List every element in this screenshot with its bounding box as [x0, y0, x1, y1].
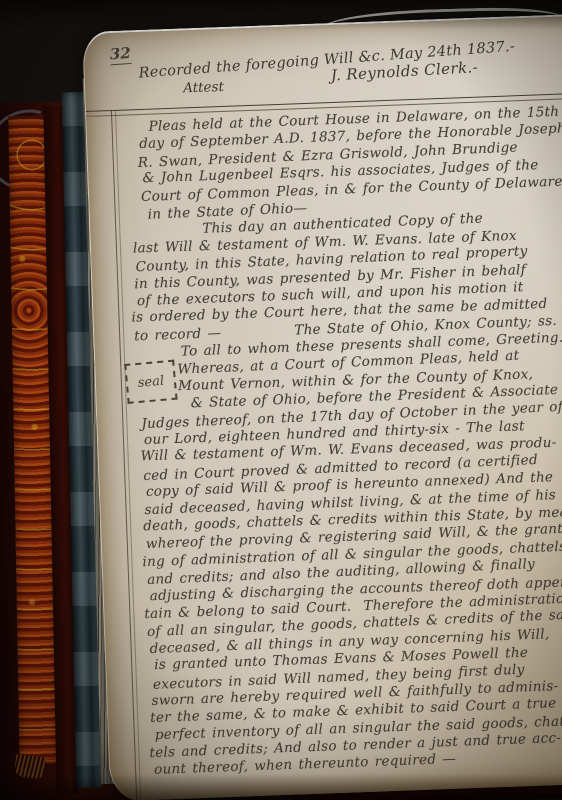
manuscript-body: Pleas held at the Court House in Delawar… — [86, 101, 562, 781]
page-number: 32 — [109, 44, 131, 65]
manuscript-page: 32 Recorded the foregoing Will &c. May 2… — [82, 13, 562, 800]
cover-frayed-tassel — [14, 754, 46, 779]
attest-label: Attest — [183, 79, 224, 96]
photo-of-record-book: { "colors": { "background": "#17120f", "… — [0, 0, 562, 800]
